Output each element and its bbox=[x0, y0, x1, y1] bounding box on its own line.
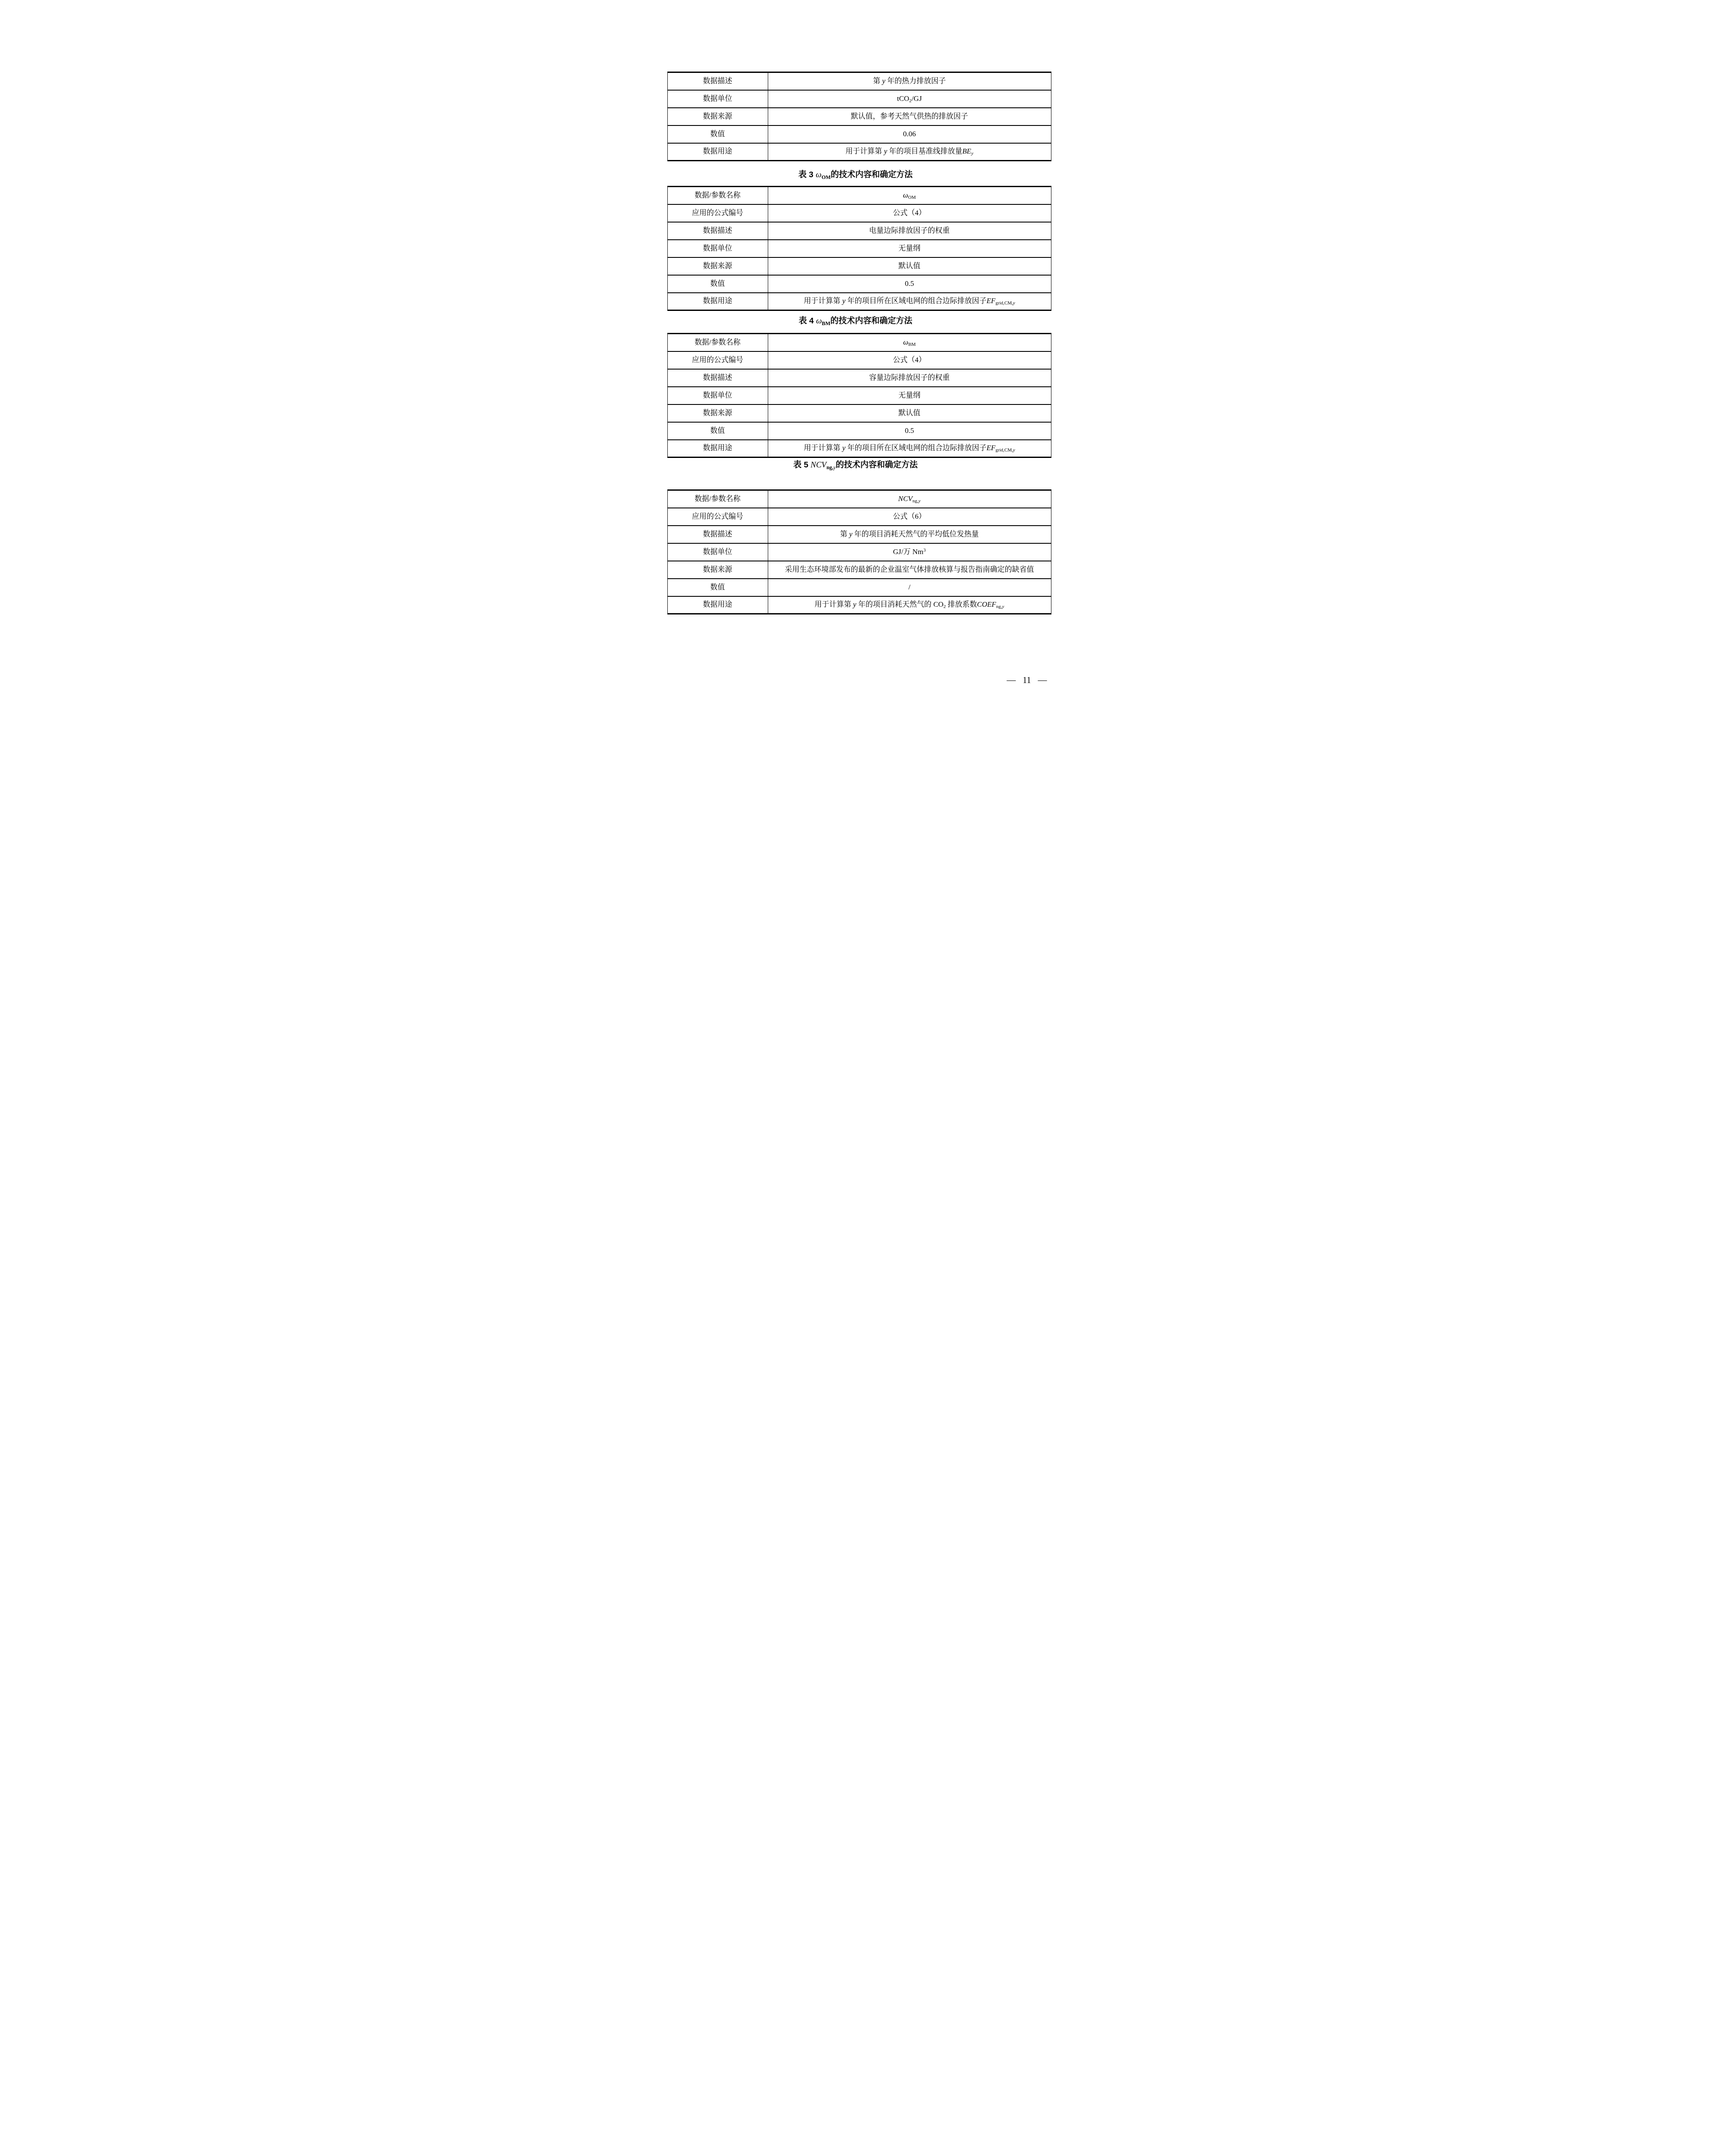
row-value: 第 y 年的热力排放因子 bbox=[768, 72, 1051, 90]
table-row: 数据来源默认值 bbox=[667, 257, 1051, 275]
row-value: 默认值，参考天然气供热的排放因子 bbox=[768, 108, 1051, 125]
table-row: 数值0.5 bbox=[667, 422, 1051, 440]
row-value: 0.5 bbox=[768, 275, 1051, 293]
row-value: 电量边际排放因子的权重 bbox=[768, 222, 1051, 240]
row-label: 应用的公式编号 bbox=[667, 204, 768, 222]
table-row: 数据/参数名称ωOM bbox=[667, 187, 1051, 204]
row-value: 用于计算第 y 年的项目所在区域电网的组合边际排放因子EFgrid,CM,y bbox=[768, 293, 1051, 310]
row-value: 0.06 bbox=[768, 125, 1051, 143]
parameter-table-omega-bm: 数据/参数名称ωBM 应用的公式编号公式（4） 数据描述容量边际排放因子的权重 … bbox=[667, 333, 1051, 458]
table-row: 数据单位GJ/万 Nm3 bbox=[667, 543, 1051, 561]
row-label: 数据用途 bbox=[667, 596, 768, 614]
table-row: 数据来源默认值，参考天然气供热的排放因子 bbox=[667, 108, 1051, 125]
row-value: 无量纲 bbox=[768, 387, 1051, 404]
table-row: 数据描述电量边际排放因子的权重 bbox=[667, 222, 1051, 240]
row-value: GJ/万 Nm3 bbox=[768, 543, 1051, 561]
parameter-table-ncv-ng: 数据/参数名称NCVng,y 应用的公式编号公式（6） 数据描述第 y 年的项目… bbox=[667, 489, 1051, 614]
row-value: 第 y 年的项目消耗天然气的平均低位发热量 bbox=[768, 526, 1051, 543]
row-label: 数据/参数名称 bbox=[667, 334, 768, 351]
row-value: 0.5 bbox=[768, 422, 1051, 440]
row-value: 默认值 bbox=[768, 404, 1051, 422]
table-row: 数据单位无量纲 bbox=[667, 387, 1051, 404]
row-label: 数据单位 bbox=[667, 387, 768, 404]
table-row: 数据单位tCO2/GJ bbox=[667, 90, 1051, 108]
row-label: 数值 bbox=[667, 422, 768, 440]
table5-caption: 表 5 NCVng,y的技术内容和确定方法 bbox=[599, 460, 1112, 471]
table-row: 数值0.5 bbox=[667, 275, 1051, 293]
row-label: 数据/参数名称 bbox=[667, 187, 768, 204]
row-label: 数据来源 bbox=[667, 404, 768, 422]
table-row: 数据/参数名称NCVng,y bbox=[667, 490, 1051, 508]
row-label: 数据用途 bbox=[667, 143, 768, 161]
row-label: 数据单位 bbox=[667, 90, 768, 108]
row-label: 数据来源 bbox=[667, 561, 768, 579]
row-value: 用于计算第 y 年的项目所在区域电网的组合边际排放因子EFgrid,CM,y bbox=[768, 440, 1051, 458]
table-row: 数据/参数名称ωBM bbox=[667, 334, 1051, 351]
row-label: 应用的公式编号 bbox=[667, 508, 768, 526]
table-row: 数据描述容量边际排放因子的权重 bbox=[667, 369, 1051, 387]
table-row: 数据用途用于计算第 y 年的项目所在区域电网的组合边际排放因子EFgrid,CM… bbox=[667, 293, 1051, 310]
table-row: 应用的公式编号公式（4） bbox=[667, 204, 1051, 222]
table-row: 数据来源采用生态环境部发布的最新的企业温室气体排放核算与报告指南确定的缺省值 bbox=[667, 561, 1051, 579]
row-label: 数据来源 bbox=[667, 257, 768, 275]
row-value: 公式（6） bbox=[768, 508, 1051, 526]
page-number: 11 bbox=[1023, 676, 1031, 685]
footer-dash-right: — bbox=[1038, 676, 1047, 685]
row-value: / bbox=[768, 579, 1051, 596]
page-footer: — 11 — bbox=[1007, 676, 1047, 685]
row-label: 数据描述 bbox=[667, 72, 768, 90]
row-label: 数据描述 bbox=[667, 369, 768, 387]
table3-caption: 表 3 ωOM的技术内容和确定方法 bbox=[599, 169, 1112, 181]
parameter-table-omega-om: 数据/参数名称ωOM 应用的公式编号公式（4） 数据描述电量边际排放因子的权重 … bbox=[667, 186, 1051, 311]
table-row: 数据用途用于计算第 y 年的项目消耗天然气的 CO2 排放系数COEFng,y bbox=[667, 596, 1051, 614]
row-label: 数据来源 bbox=[667, 108, 768, 125]
document-page: 数据描述第 y 年的热力排放因子 数据单位tCO2/GJ 数据来源默认值，参考天… bbox=[599, 0, 1112, 726]
table-row: 数据用途用于计算第 y 年的项目基准线排放量BEy bbox=[667, 143, 1051, 161]
table-row: 应用的公式编号公式（4） bbox=[667, 351, 1051, 369]
row-label: 数据描述 bbox=[667, 526, 768, 543]
row-label: 数据/参数名称 bbox=[667, 490, 768, 508]
table-row: 数值0.06 bbox=[667, 125, 1051, 143]
table-row: 数据描述第 y 年的热力排放因子 bbox=[667, 72, 1051, 90]
row-label: 数值 bbox=[667, 125, 768, 143]
row-label: 数据单位 bbox=[667, 240, 768, 257]
row-label: 应用的公式编号 bbox=[667, 351, 768, 369]
table-row: 数据来源默认值 bbox=[667, 404, 1051, 422]
row-value: ωOM bbox=[768, 187, 1051, 204]
table-row: 应用的公式编号公式（6） bbox=[667, 508, 1051, 526]
row-value: 容量边际排放因子的权重 bbox=[768, 369, 1051, 387]
row-value: tCO2/GJ bbox=[768, 90, 1051, 108]
row-label: 数据用途 bbox=[667, 293, 768, 310]
row-label: 数据描述 bbox=[667, 222, 768, 240]
row-label: 数据用途 bbox=[667, 440, 768, 458]
table4-caption: 表 4 ωBM的技术内容和确定方法 bbox=[599, 316, 1112, 327]
row-value: ωBM bbox=[768, 334, 1051, 351]
table-row: 数据用途用于计算第 y 年的项目所在区域电网的组合边际排放因子EFgrid,CM… bbox=[667, 440, 1051, 458]
table-row: 数据描述第 y 年的项目消耗天然气的平均低位发热量 bbox=[667, 526, 1051, 543]
row-label: 数据单位 bbox=[667, 543, 768, 561]
row-value: 公式（4） bbox=[768, 204, 1051, 222]
table-row: 数据单位无量纲 bbox=[667, 240, 1051, 257]
row-value: 用于计算第 y 年的项目基准线排放量BEy bbox=[768, 143, 1051, 161]
row-label: 数值 bbox=[667, 275, 768, 293]
row-value: 无量纲 bbox=[768, 240, 1051, 257]
row-value: 默认值 bbox=[768, 257, 1051, 275]
row-label: 数值 bbox=[667, 579, 768, 596]
row-value: 公式（4） bbox=[768, 351, 1051, 369]
row-value: 用于计算第 y 年的项目消耗天然气的 CO2 排放系数COEFng,y bbox=[768, 596, 1051, 614]
footer-dash-left: — bbox=[1007, 676, 1016, 685]
row-value: NCVng,y bbox=[768, 490, 1051, 508]
table-row: 数值/ bbox=[667, 579, 1051, 596]
row-value: 采用生态环境部发布的最新的企业温室气体排放核算与报告指南确定的缺省值 bbox=[768, 561, 1051, 579]
parameter-table-thermal-emission-factor: 数据描述第 y 年的热力排放因子 数据单位tCO2/GJ 数据来源默认值，参考天… bbox=[667, 72, 1051, 161]
